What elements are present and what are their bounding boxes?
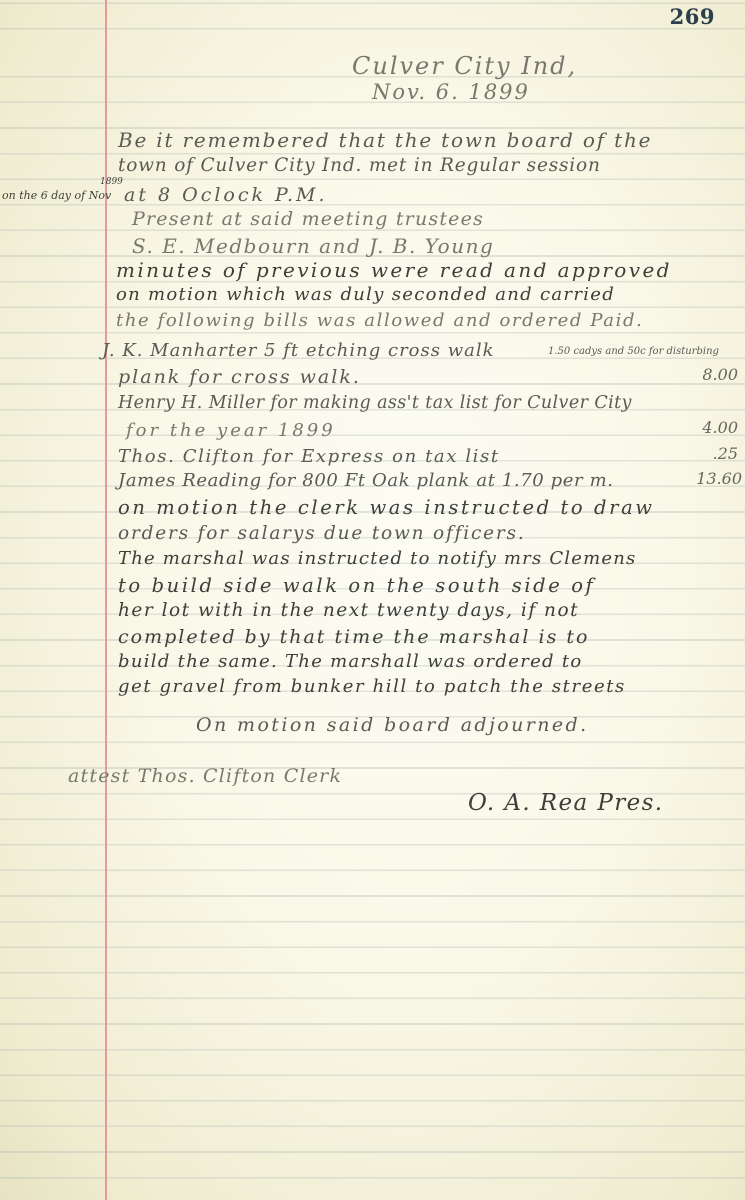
closing-line: On motion said board adjourned. xyxy=(196,714,589,736)
bill-amount-4: 13.60 xyxy=(672,469,742,488)
body-line-4: Present at said meeting trustees xyxy=(132,208,484,230)
body-line-17: The marshal was instructed to notify mrs… xyxy=(118,548,636,569)
heading-date: Nov. 6. 1899 xyxy=(372,80,530,104)
margin-note: on the 6 day of Nov xyxy=(2,189,111,202)
body-line-2: town of Culver City Ind. met in Regular … xyxy=(118,155,601,176)
body-line-6: minutes of previous were read and approv… xyxy=(116,258,672,282)
body-line-3: at 8 Oclock P.M. xyxy=(124,184,328,206)
bill-amount-2: 4.00 xyxy=(668,418,738,437)
body-line-1: Be it remembered that the town board of … xyxy=(118,128,652,152)
body-line-13: Thos. Clifton for Express on tax list xyxy=(118,446,500,467)
body-line-8: the following bills was allowed and orde… xyxy=(116,310,643,331)
body-line-20: completed by that time the marshal is to xyxy=(118,626,589,648)
body-line-21: build the same. The marshall was ordered… xyxy=(118,651,583,672)
ledger-page: 269 Culver City Ind, Nov. 6. 1899 on the… xyxy=(0,0,745,1200)
attest-line: attest Thos. Clifton Clerk xyxy=(68,765,342,787)
body-line-18: to build side walk on the south side of xyxy=(118,574,595,597)
bill-amount-3: .25 xyxy=(668,444,738,463)
body-line-15: on motion the clerk was instructed to dr… xyxy=(118,496,655,519)
body-line-10: plank for cross walk. xyxy=(118,366,361,388)
bill-amount-1: 8.00 xyxy=(668,365,738,384)
body-line-11: Henry H. Miller for making ass't tax lis… xyxy=(118,393,632,413)
body-line-19: her lot with in the next twenty days, if… xyxy=(118,600,579,621)
margin-note-year: 1899 xyxy=(100,177,123,187)
president-signature: O. A. Rea Pres. xyxy=(468,790,664,816)
heading-place: Culver City Ind, xyxy=(352,52,577,80)
body-line-22: get gravel from bunker hill to patch the… xyxy=(118,676,626,697)
body-line-7: on motion which was duly seconded and ca… xyxy=(116,284,615,305)
body-line-9: J. K. Manharter 5 ft etching cross walk xyxy=(102,340,495,361)
page-number: 269 xyxy=(670,4,715,29)
body-line-5: S. E. Medbourn and J. B. Young xyxy=(132,234,494,258)
body-line-12: for the year 1899 xyxy=(126,420,336,441)
inline-note: 1.50 cadys and 50c for disturbing xyxy=(548,346,719,357)
body-line-14: James Reading for 800 Ft Oak plank at 1.… xyxy=(118,470,614,491)
body-line-16: orders for salarys due town officers. xyxy=(118,523,526,544)
